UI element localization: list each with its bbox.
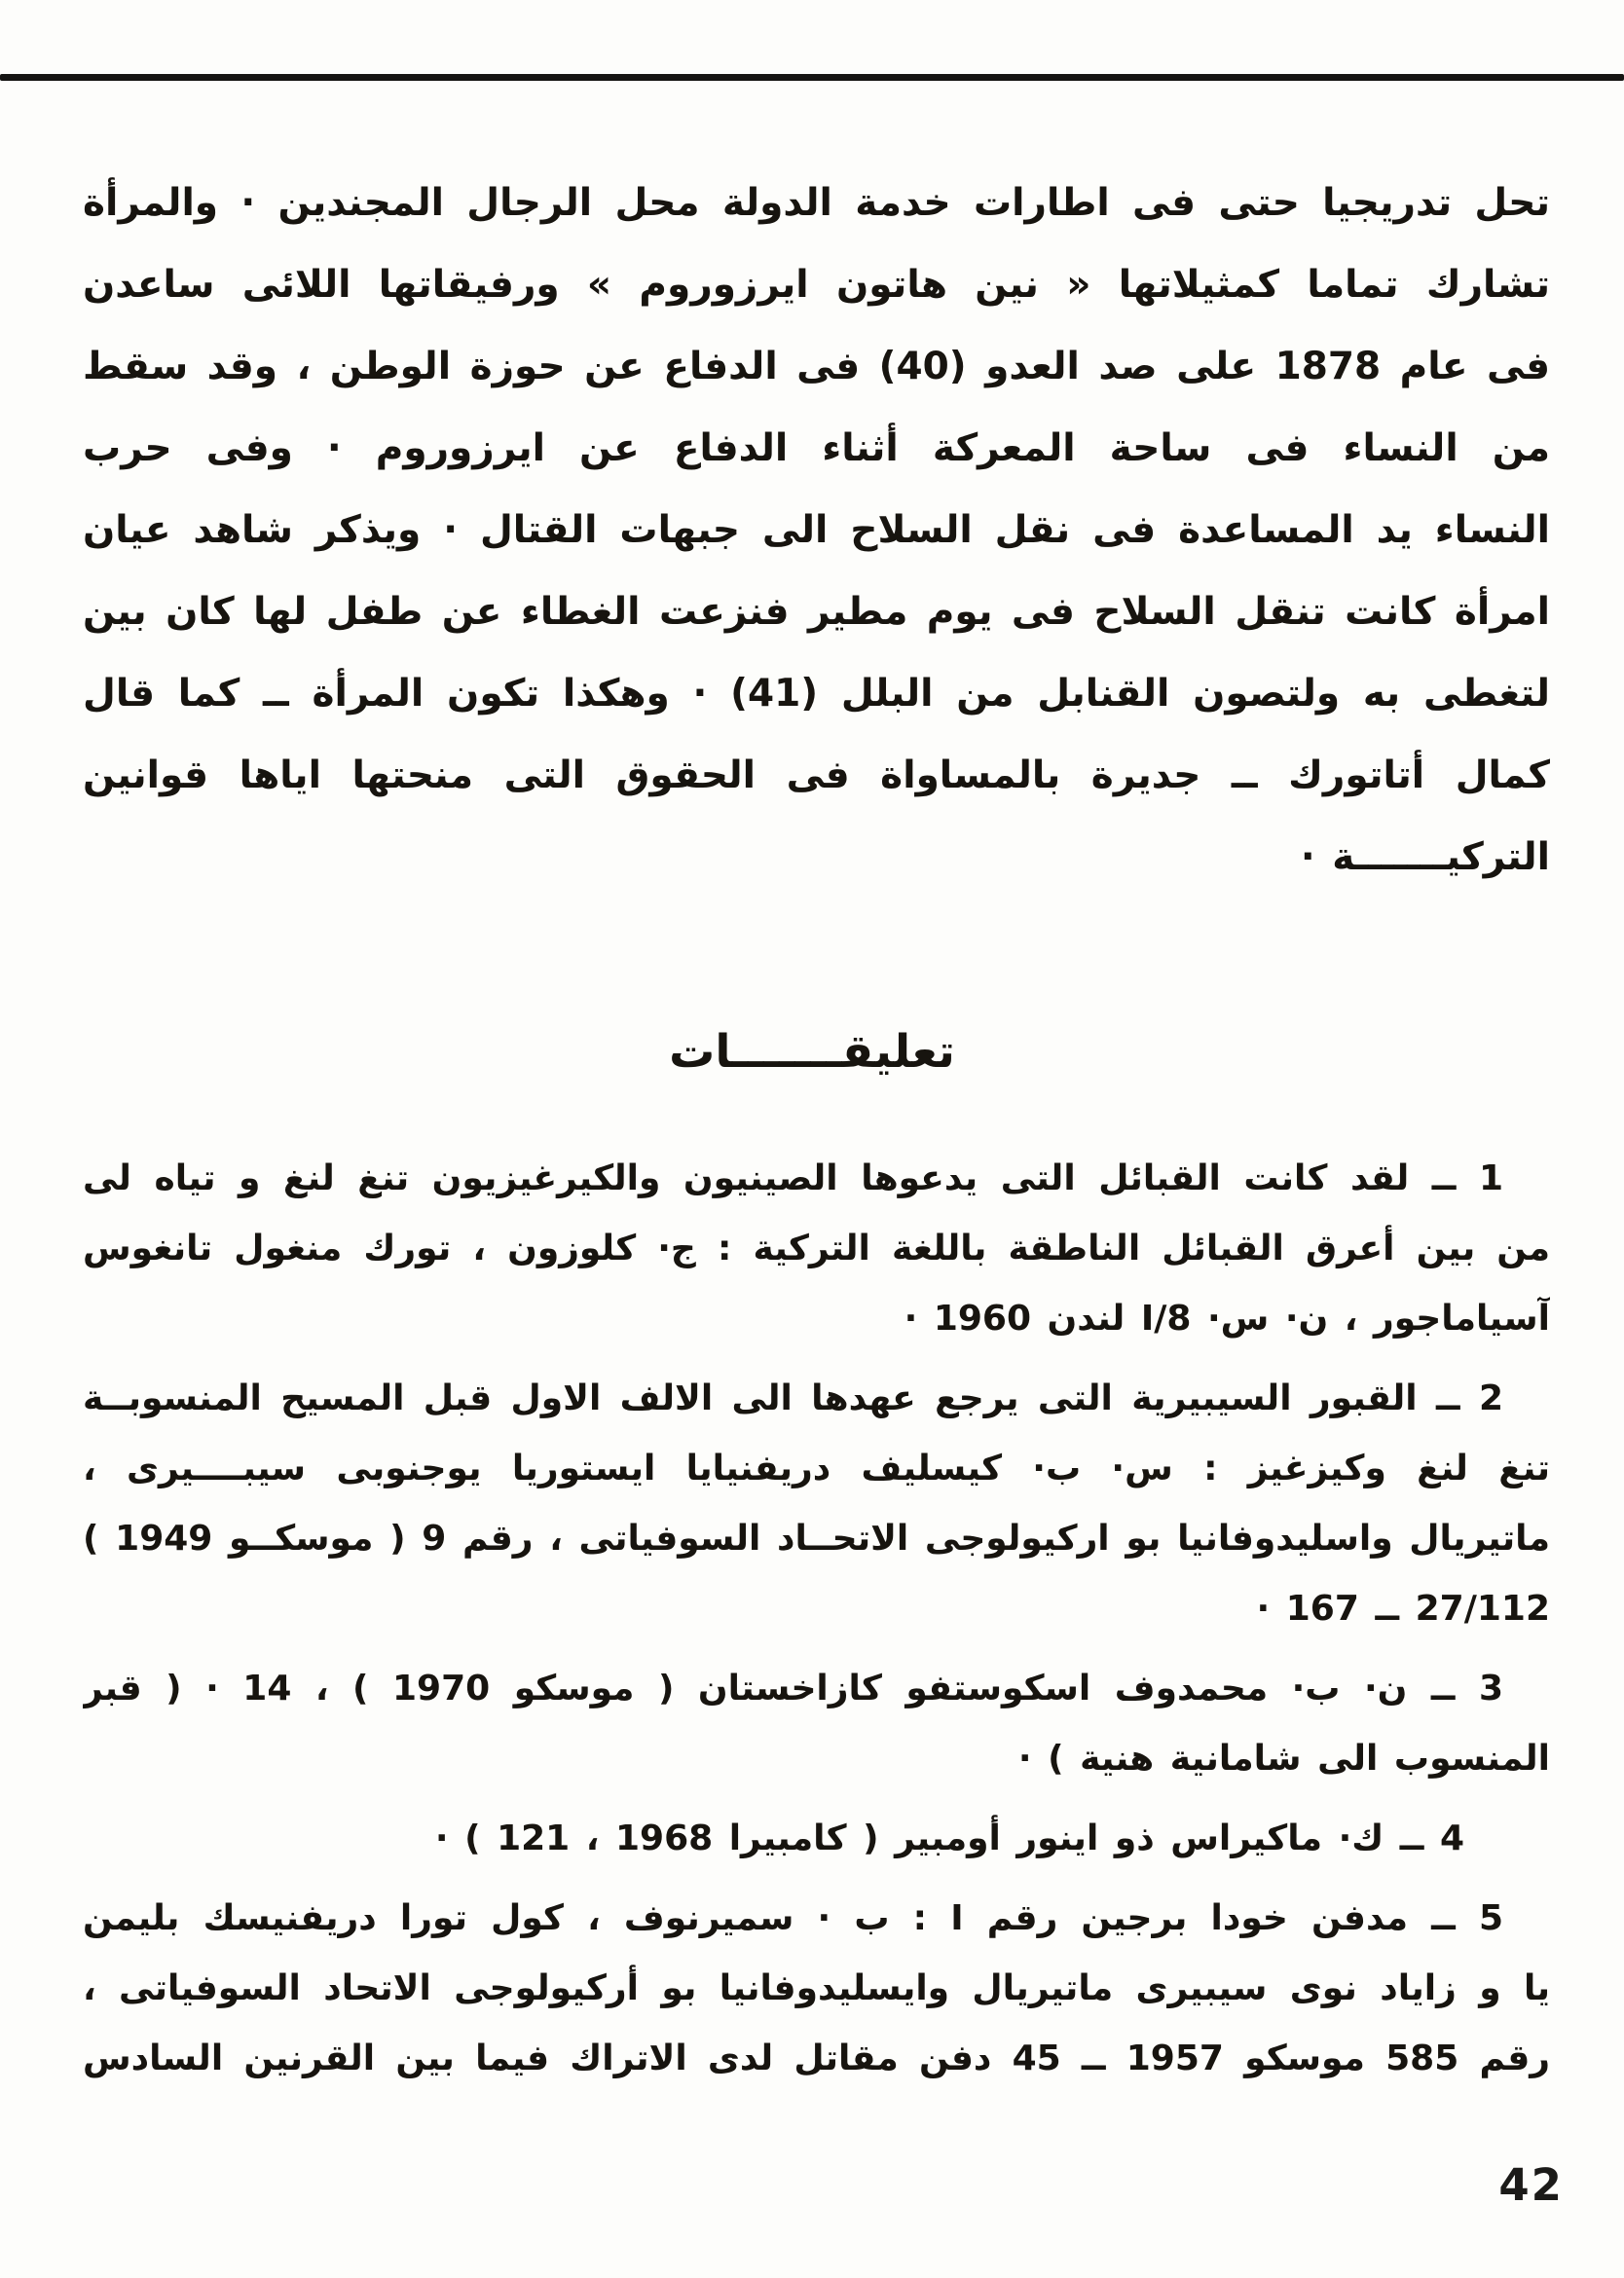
note-item-1: 1 ــ لقد كانت القبائل التى يدعوها الصيني… bbox=[83, 1144, 1550, 1354]
note-line: ماتيريال واسليدوفانيا بو اركيولوجى الاتح… bbox=[83, 1504, 1550, 1574]
paragraph-line-last: التركيـــــــة · bbox=[83, 817, 1550, 899]
note-item-3: 3 ــ ن· ب· محمدوف اسكوستفو كازاخستان ( م… bbox=[83, 1654, 1550, 1794]
note-line: 4 ــ ك· ماكيراس ذو اينور أومبير ( كامبير… bbox=[83, 1804, 1550, 1874]
notes-heading: تعليقـــــــات bbox=[0, 1023, 1624, 1082]
note-line: 3 ــ ن· ب· محمدوف اسكوستفو كازاخستان ( م… bbox=[83, 1654, 1550, 1724]
paragraph-line: تشارك تماما كمثيلاتها « نين هاتون ايرزور… bbox=[83, 244, 1550, 326]
note-item-2: 2 ــ القبور السيبيرية التى يرجع عهدها ال… bbox=[83, 1364, 1550, 1644]
paragraph-line: لتغطى به ولتصون القنابل من البلل (41) · … bbox=[83, 653, 1550, 735]
note-line: من بين أعرق القبائل الناطقة باللغة الترك… bbox=[83, 1214, 1550, 1284]
notes-section: 1 ــ لقد كانت القبائل التى يدعوها الصيني… bbox=[83, 1144, 1550, 2094]
paragraph-line: النساء يد المساعدة فى نقل السلاح الى جبه… bbox=[83, 490, 1550, 571]
paragraph-line: كمال أتاتورك ــ جديرة بالمساواة فى الحقو… bbox=[83, 735, 1550, 817]
note-line: 5 ــ مدفن خودا برجين رقم I : ب · سميرنوف… bbox=[83, 1884, 1550, 1954]
main-paragraph: تحل تدريجيا حتى فى اطارات خدمة الدولة مح… bbox=[83, 163, 1550, 899]
note-line: 2 ــ القبور السيبيرية التى يرجع عهدها ال… bbox=[83, 1364, 1550, 1434]
note-line: 1 ــ لقد كانت القبائل التى يدعوها الصيني… bbox=[83, 1144, 1550, 1214]
note-item-5: 5 ــ مدفن خودا برجين رقم I : ب · سميرنوف… bbox=[83, 1884, 1550, 2094]
scanned-book-page: تحل تدريجيا حتى فى اطارات خدمة الدولة مح… bbox=[0, 0, 1624, 2278]
note-line: يا و زاياد نوى سيبيرى ماتيريال وايسليدوف… bbox=[83, 1954, 1550, 2024]
paragraph-line: من النساء فى ساحة المعركة أثناء الدفاع ع… bbox=[83, 408, 1550, 490]
note-line-last: المنسوب الى شامانية هنية ) · bbox=[83, 1724, 1550, 1794]
note-line-last: آسياماجور ، ن· س· I/8 لندن 1960 · bbox=[83, 1284, 1550, 1354]
paragraph-line: امرأة كانت تنقل السلاح فى يوم مطير فنزعت… bbox=[83, 571, 1550, 653]
paragraph-line: تحل تدريجيا حتى فى اطارات خدمة الدولة مح… bbox=[83, 163, 1550, 244]
page-number: 42 bbox=[1498, 2159, 1564, 2211]
page-top-rule bbox=[0, 74, 1624, 81]
note-line-last: 27/112 ــ 167 · bbox=[83, 1574, 1550, 1644]
note-line: رقم 585 موسكو 1957 ــ 45 دفن مقاتل لدى ا… bbox=[83, 2024, 1550, 2094]
note-line: تنغ لنغ وكيزغيز : س· ب· كيسليف دريفنيايا… bbox=[83, 1434, 1550, 1504]
note-item-4: 4 ــ ك· ماكيراس ذو اينور أومبير ( كامبير… bbox=[83, 1804, 1550, 1874]
paragraph-line: فى عام 1878 على صد العدو (40) فى الدفاع … bbox=[83, 326, 1550, 408]
